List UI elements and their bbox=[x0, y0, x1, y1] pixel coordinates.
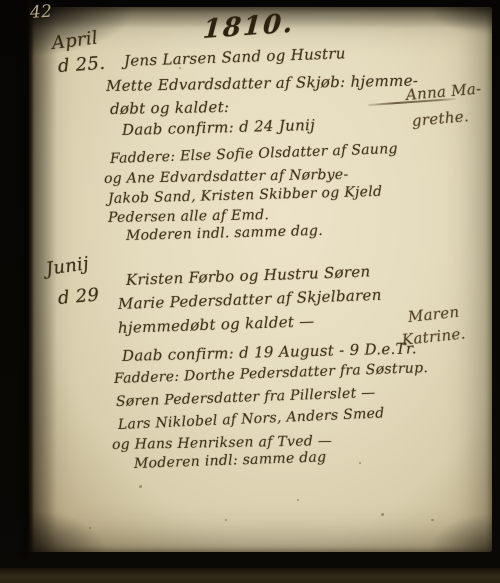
paper-speckle bbox=[431, 519, 434, 521]
paper-speckle bbox=[89, 527, 91, 529]
scan-backing-surface bbox=[0, 568, 500, 583]
paper-speckle bbox=[359, 462, 361, 464]
paper-speckle bbox=[297, 499, 299, 501]
page-number: 42 bbox=[29, 1, 53, 23]
paper-speckle bbox=[139, 485, 142, 488]
entry1-line: døbt og kaldet: bbox=[110, 98, 230, 118]
book-binding-shadow bbox=[18, 0, 34, 559]
entry2-margin-day: d 29 bbox=[57, 284, 100, 309]
paper-speckle bbox=[225, 519, 227, 521]
scanned-register-page: 42 1810. April d 25. Jens Larsen Sand og… bbox=[0, 0, 500, 583]
paper-speckle bbox=[381, 513, 384, 516]
entry1-margin-day: d 25. bbox=[57, 53, 106, 77]
entry1-line: Pedersen alle af Emd. bbox=[108, 207, 269, 226]
